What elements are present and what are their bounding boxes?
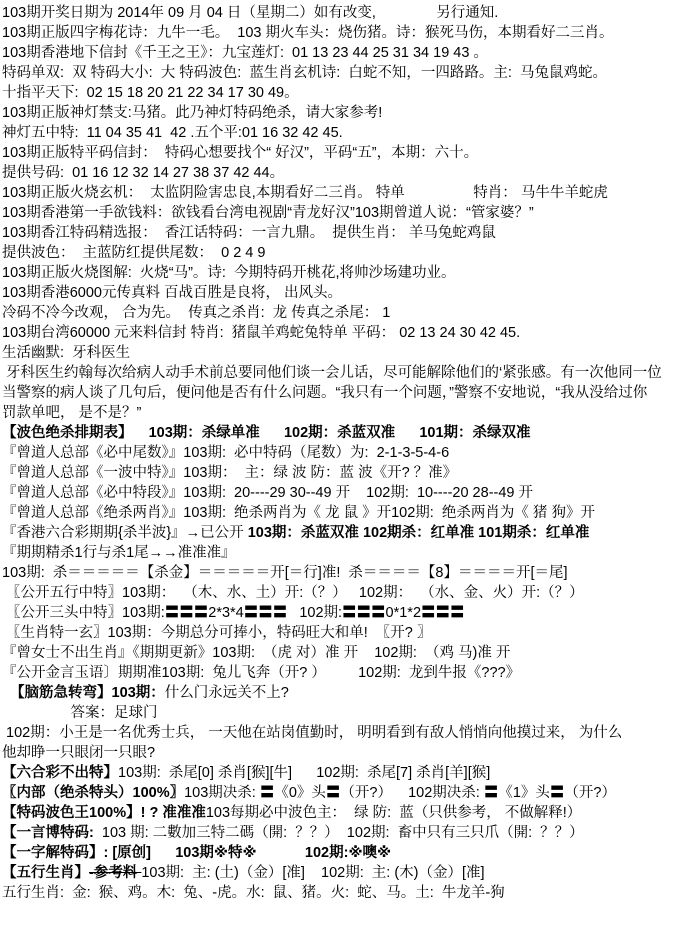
text-line: 冷码不冷今改观， 合为先。 传真之杀肖: 龙 传真之杀尾： 1 <box>2 303 688 323</box>
bold-text-segment: -参考料 <box>89 865 141 881</box>
text-line: 『曾道人总部《绝杀两肖》』103期: 绝杀两肖为《 龙 鼠 》开102期: 绝杀… <box>2 503 688 523</box>
text-segment: 103期香港地下信封《千王之王》：九宝莲灯: 01 13 23 44 25 31… <box>2 45 488 61</box>
text-line: 103期正版神灯禁支:马猪。此乃神灯特码绝杀，请大家参考! <box>2 103 688 123</box>
text-line: 答案：足球门 <box>2 703 688 723</box>
text-line: 提供号码: 01 16 12 32 14 27 38 37 42 44。 <box>2 163 688 183</box>
lottery-tips-document: 103期开奖日期为 2014年 09 月 04 日（星期二）如有改变, 另行通知… <box>0 0 688 903</box>
text-line: 〖公开三头中特〗103期:〓〓〓2*3*4〓〓〓 102期:〓〓〓0*1*2〓〓… <box>2 603 688 623</box>
bold-text-segment: 103期：杀蓝双准 102期杀：红单准 101期杀：红单准 <box>248 525 590 541</box>
text-segment: 103期决杀: 〓《0》头〓（开?） 102期决杀: 〓《1》头〓（开?） <box>184 785 616 801</box>
text-line: 103期正版特平码信封： 特码心想要找个“ 好汉”，平码“五”，本期：六十。 <box>2 143 688 163</box>
text-segment: 103期: 杀尾[0] 杀肖[猴][牛] 102期: 杀尾[7] 杀肖[羊][猴… <box>118 765 490 781</box>
text-line: 【一言博特码: 103 期: 二數加三特二碼（開: ？？） 102期: 畜中只有… <box>2 823 688 843</box>
bold-text-segment: 【五行生肖】 <box>2 865 89 881</box>
text-segment: 〖公开三头中特〗103期:〓〓〓2*3*4〓〓〓 102期:〓〓〓0*1*2〓〓… <box>2 605 465 621</box>
bold-text-segment: 【特码波色王100%】! ? 准准准 <box>2 805 206 821</box>
text-line: 【脑筋急转弯】103期：什么门永远关不上? <box>2 683 688 703</box>
text-line: 103期香港6000元传真料 百战百胜是良将， 出风头。 <box>2 283 688 303</box>
text-line: 102期：小王是一名优秀士兵， 一天他在站岗值勤时， 明明看到有敌人悄悄向他摸过… <box>2 723 688 743</box>
text-line: 罚款单吧， 是不是？” <box>2 403 688 423</box>
text-line: 〖生肖特一玄〗103期：今期总分可捧小，特码旺大和单! 〖开? 〗 <box>2 623 688 643</box>
text-line: 103期香港地下信封《千王之王》：九宝莲灯: 01 13 23 44 25 31… <box>2 43 688 63</box>
text-line: 牙科医生约翰每次给病人动手术前总要同他们谈一会儿话，尽可能解除他们的‘紧张感。有… <box>2 363 688 383</box>
text-segment: 〖公开五行中特〗103期： （木、水、土）开:（？） 102期： （水、金、火）… <box>2 585 584 601</box>
bold-text-segment: 【一字解特码】: [原创] <box>2 845 151 861</box>
text-line: 【五行生肖】-参考料 103期: 主: (土)（金）[准] 102期: 主: (… <box>2 863 688 883</box>
text-segment: 冷码不冷今改观， 合为先。 传真之杀肖: 龙 传真之杀尾： 1 <box>2 305 390 321</box>
text-line: 『期期精杀1行与杀1尾→→准准准』 <box>2 543 688 563</box>
bold-text-segment: 【波色绝杀排期表】 103期：杀绿单准 102期：杀蓝双准 101期：杀绿双准 <box>2 425 531 441</box>
text-line: 103期正版四字梅花诗：九牛一毛。 103 期火车头：烧伤猪。诗：猴死马伤，本期… <box>2 23 688 43</box>
text-segment: 103 期: 二數加三特二碼（開: ？？） 102期: 畜中只有三只爪（開: ？… <box>102 825 584 841</box>
text-line: 【六合彩不出特】103期: 杀尾[0] 杀肖[猴][牛] 102期: 杀尾[7]… <box>2 763 688 783</box>
text-segment: 102期：小王是一名优秀士兵， 一天他在站岗值勤时， 明明看到有敌人悄悄向他摸过… <box>2 725 622 741</box>
text-segment: 〖生肖特一玄〗103期：今期总分可捧小，特码旺大和单! 〖开? 〗 <box>2 625 431 641</box>
text-line: 【特码波色王100%】! ? 准准准103每期必中波色主： 绿 防: 蓝（只供参… <box>2 803 688 823</box>
text-segment: 『香港六合彩期期{杀半波}』→已公开 <box>2 525 248 541</box>
text-line: 〖公开五行中特〗103期： （木、水、土）开:（？） 102期： （水、金、火）… <box>2 583 688 603</box>
text-segment: 罚款单吧， 是不是？” <box>2 405 141 421</box>
text-segment: 什么门永远关不上? <box>165 685 289 701</box>
text-segment: 103每期必中波色主： 绿 防: 蓝（只供参考， 不做解释!） <box>206 805 581 821</box>
text-segment: 103期香江特码精选报： 香江话特码：一言九鼎。 提供生肖： 羊马兔蛇鸡鼠 <box>2 225 496 241</box>
text-segment: 103期香港第一手欲钱料：欲钱看台湾电视剧“青龙好汉”103期曾道人说：“管家婆… <box>2 205 534 221</box>
bold-text-segment: 103期※特※ <box>175 845 256 861</box>
text-segment: 『曾道人总部《一波中特》』103期： 主：绿 波 防：蓝 波《开? ？准》 <box>2 465 457 481</box>
text-segment: 提供波色： 主蓝防红提供尾数： 0 2 4 9 <box>2 245 265 261</box>
text-segment: 答案：足球门 <box>2 705 158 721</box>
text-line: 103期香港第一手欲钱料：欲钱看台湾电视剧“青龙好汉”103期曾道人说：“管家婆… <box>2 203 688 223</box>
text-segment: 『期期精杀1行与杀1尾→→准准准』 <box>2 545 236 561</box>
bold-text-segment: 【一言博特码: <box>2 825 102 841</box>
text-segment: 103期正版神灯禁支:马猪。此乃神灯特码绝杀，请大家参考! <box>2 105 382 121</box>
text-segment: 当警察的病人谈了几句后，便问他是否有什么问题。“我只有一个问题，”警察不安地说，… <box>2 385 647 401</box>
text-line: 【波色绝杀排期表】 103期：杀绿单准 102期：杀蓝双准 101期：杀绿双准 <box>2 423 688 443</box>
text-segment: 103期台湾60000 元来料信封 特肖: 猪鼠羊鸡蛇兔特单 平码： 02 13… <box>2 325 520 341</box>
text-line: 他却睁一只眼闭一只眼? <box>2 743 688 763</box>
text-line: 提供波色： 主蓝防红提供尾数： 0 2 4 9 <box>2 243 688 263</box>
text-line: 〖内部（绝杀特头）100%〗103期决杀: 〓《0》头〓（开?） 102期决杀:… <box>2 783 688 803</box>
text-segment: 神灯五中特: 11 04 35 41 42 .五个平:01 16 32 42 4… <box>2 125 343 141</box>
text-segment: 『曾道人总部《绝杀两肖》』103期: 绝杀两肖为《 龙 鼠 》开102期: 绝杀… <box>2 505 595 521</box>
text-line: 103期台湾60000 元来料信封 特肖: 猪鼠羊鸡蛇兔特单 平码： 02 13… <box>2 323 688 343</box>
bold-text-segment: 102期:※噢※ <box>305 845 391 861</box>
text-line: 103期香江特码精选报： 香江话特码：一言九鼎。 提供生肖： 羊马兔蛇鸡鼠 <box>2 223 688 243</box>
text-line: 【一字解特码】: [原创] 103期※特※ 102期:※噢※ <box>2 843 688 863</box>
text-segment: 牙科医生约翰每次给病人动手术前总要同他们谈一会儿话，尽可能解除他们的‘紧张感。有… <box>2 365 662 381</box>
text-segment: 『曾女士不出生肖』《期期更新》103期: （虎 对）准 开 102期: （鸡 马… <box>2 645 510 661</box>
text-segment: 103期正版四字梅花诗：九牛一毛。 103 期火车头：烧伤猪。诗：猴死马伤，本期… <box>2 25 613 41</box>
text-segment: 『公开金言玉语〕期期准103期: 兔儿飞奔（开? ） 102期: 龙到牛报《??… <box>2 665 520 681</box>
text-line: 103期: 杀＝＝＝＝＝【杀金】＝＝＝＝＝开[＝行]准! 杀＝＝＝＝【8】＝＝＝… <box>2 563 688 583</box>
text-line: 当警察的病人谈了几句后，便问他是否有什么问题。“我只有一个问题，”警察不安地说，… <box>2 383 688 403</box>
text-line: 生活幽默: 牙科医生 <box>2 343 688 363</box>
text-segment: 103期正版火烧玄机： 太监阴险害忠良,本期看好二三肖。 特单 特肖： 马牛牛羊… <box>2 185 608 201</box>
text-segment: 五行生肖: 金: 猴、鸡。木: 兔、-虎。水: 鼠、猪。火: 蛇、马。土: 牛龙… <box>2 885 505 901</box>
text-segment: 103期正版火烧图解: 火烧“马”。诗: 今期特码开桃花,将帅沙场建功业。 <box>2 265 456 281</box>
text-line: 特码单双: 双 特码大小: 大 特码波色: 蓝生肖玄机诗: 白蛇不知，一四路路。… <box>2 63 688 83</box>
text-segment: 103期开奖日期为 2014年 09 月 04 日（星期二）如有改变, 另行通知… <box>2 5 498 21</box>
text-line: 103期正版火烧玄机： 太监阴险害忠良,本期看好二三肖。 特单 特肖： 马牛牛羊… <box>2 183 688 203</box>
text-segment: 103期香港6000元传真料 百战百胜是良将， 出风头。 <box>2 285 342 301</box>
text-segment: 103期: 主: (土)（金）[准] 102期: 主: (木)（金）[准] <box>141 865 484 881</box>
text-line: 『曾女士不出生肖』《期期更新》103期: （虎 对）准 开 102期: （鸡 马… <box>2 643 688 663</box>
text-line: 『曾道人总部《必中特段》』103期: 20----29 30--49 开 102… <box>2 483 688 503</box>
text-line: 103期开奖日期为 2014年 09 月 04 日（星期二）如有改变, 另行通知… <box>2 3 688 23</box>
text-segment: 十指平天下: 02 15 18 20 21 22 34 17 30 49。 <box>2 85 299 101</box>
text-segment: 他却睁一只眼闭一只眼? <box>2 745 155 761</box>
text-segment: 『曾道人总部《必中尾数》』103期: 必中特码（尾数）为: 2-1-3-5-4-… <box>2 445 449 461</box>
text-line: 『曾道人总部《一波中特》』103期： 主：绿 波 防：蓝 波《开? ？准》 <box>2 463 688 483</box>
text-line: 十指平天下: 02 15 18 20 21 22 34 17 30 49。 <box>2 83 688 103</box>
text-line: 五行生肖: 金: 猴、鸡。木: 兔、-虎。水: 鼠、猪。火: 蛇、马。土: 牛龙… <box>2 883 688 903</box>
text-segment: 103期: 杀＝＝＝＝＝【杀金】＝＝＝＝＝开[＝行]准! 杀＝＝＝＝【8】＝＝＝… <box>2 565 568 581</box>
text-segment: 特码单双: 双 特码大小: 大 特码波色: 蓝生肖玄机诗: 白蛇不知，一四路路。… <box>2 65 607 81</box>
text-line: 神灯五中特: 11 04 35 41 42 .五个平:01 16 32 42 4… <box>2 123 688 143</box>
bold-text-segment: 〖内部（绝杀特头）100%〗 <box>2 785 184 801</box>
text-line: 『曾道人总部《必中尾数》』103期: 必中特码（尾数）为: 2-1-3-5-4-… <box>2 443 688 463</box>
text-segment: 103期正版特平码信封： 特码心想要找个“ 好汉”，平码“五”，本期：六十。 <box>2 145 478 161</box>
text-line: 103期正版火烧图解: 火烧“马”。诗: 今期特码开桃花,将帅沙场建功业。 <box>2 263 688 283</box>
text-segment: 提供号码: 01 16 12 32 14 27 38 37 42 44。 <box>2 165 284 181</box>
text-segment: 生活幽默: 牙科医生 <box>2 345 130 361</box>
text-segment <box>257 845 305 861</box>
text-segment <box>151 845 175 861</box>
bold-text-segment: 【脑筋急转弯】103期： <box>2 685 165 701</box>
text-line: 『香港六合彩期期{杀半波}』→已公开 103期：杀蓝双准 102期杀：红单准 1… <box>2 523 688 543</box>
bold-text-segment: 【六合彩不出特】 <box>2 765 118 781</box>
text-segment: 『曾道人总部《必中特段》』103期: 20----29 30--49 开 102… <box>2 485 533 501</box>
text-line: 『公开金言玉语〕期期准103期: 兔儿飞奔（开? ） 102期: 龙到牛报《??… <box>2 663 688 683</box>
